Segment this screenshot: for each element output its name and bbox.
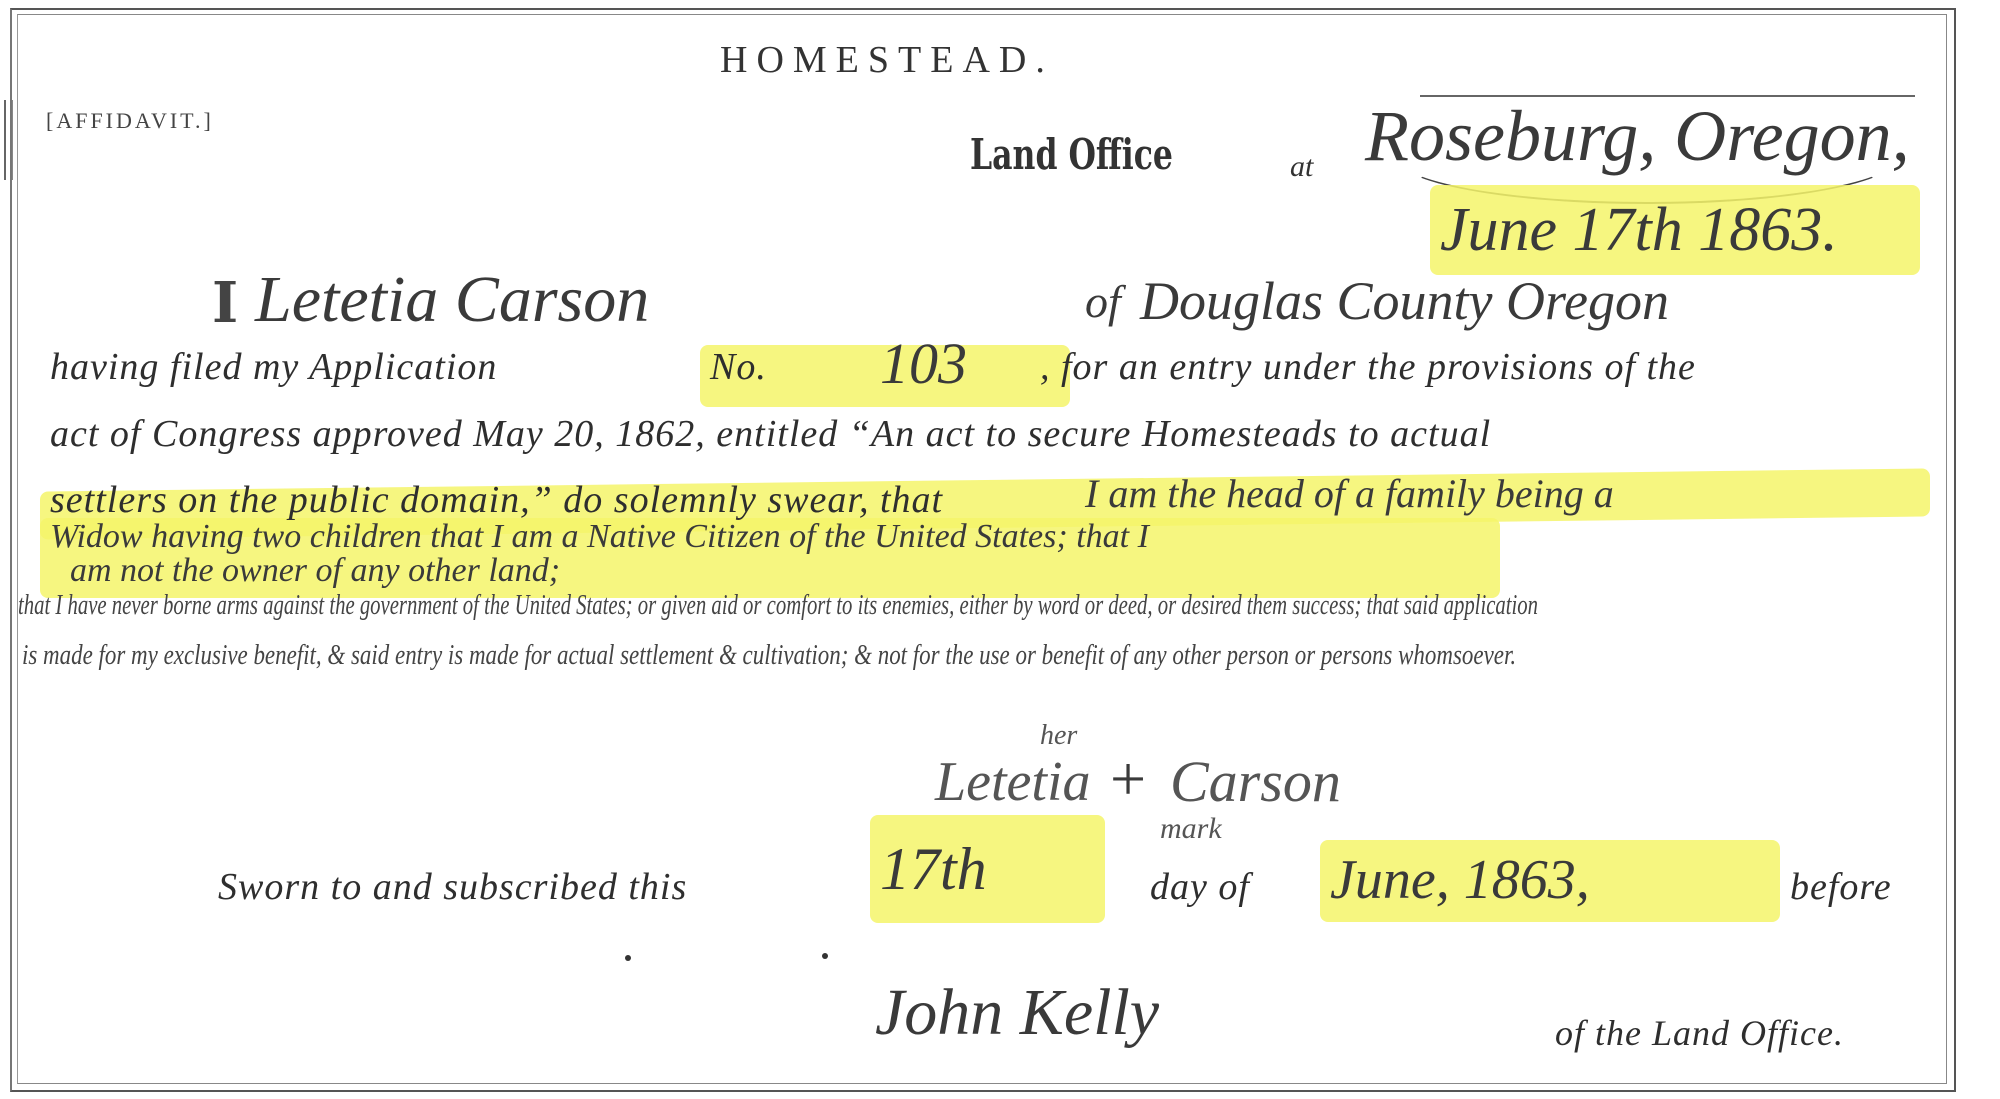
document-title: HOMESTEAD.: [720, 38, 1054, 82]
official-signature: John Kelly: [875, 975, 1159, 1051]
line3: act of Congress approved May 20, 1862, e…: [50, 412, 1491, 456]
ink-dot: [822, 953, 828, 959]
line2-prefix: having filed my Application: [50, 345, 497, 389]
her-label: her: [1040, 720, 1077, 752]
jurat-day: 17th: [880, 835, 987, 904]
line8-handwritten: is made for my exclusive benefit, & said…: [22, 640, 1516, 672]
header-date: June 17th 1863.: [1440, 195, 1838, 266]
sworn-text: Sworn to and subscribed this: [218, 865, 687, 909]
line4-handwritten: I am the head of a family being a: [1085, 470, 1614, 517]
line6-handwritten: am not the owner of any other land;: [70, 552, 560, 590]
ink-dot: [625, 955, 631, 961]
line5-handwritten: Widow having two children that I am a Na…: [50, 518, 1149, 556]
line2-suffix: , for an entry under the provisions of t…: [1040, 345, 1696, 389]
binding-mark: [4, 100, 13, 180]
signature-last-name: Carson: [1170, 748, 1341, 815]
application-number: 103: [880, 330, 967, 397]
signature-mark: +: [1110, 742, 1146, 816]
line4-printed: settlers on the public domain,” do solem…: [50, 478, 943, 522]
mark-label: mark: [1160, 812, 1222, 846]
land-office-label: Land Office: [970, 130, 1173, 179]
county: Douglas County Oregon: [1140, 270, 1669, 332]
signature-first-name: Letetia: [935, 750, 1091, 814]
of-label: of: [1085, 275, 1121, 328]
at-label: at: [1290, 150, 1313, 184]
form-type-label: [AFFIDAVIT.]: [46, 108, 214, 134]
opening-initial: I: [212, 270, 238, 336]
jurat-month-year: June, 1863,: [1330, 848, 1590, 912]
before-label: before: [1790, 865, 1892, 909]
no-label: No.: [710, 345, 767, 389]
line7-handwritten: that I have never borne arms against the…: [18, 590, 1538, 622]
land-office-footer-label: of the Land Office.: [1555, 1012, 1844, 1054]
applicant-name: Letetia Carson: [255, 262, 649, 338]
day-of-label: day of: [1150, 865, 1250, 909]
